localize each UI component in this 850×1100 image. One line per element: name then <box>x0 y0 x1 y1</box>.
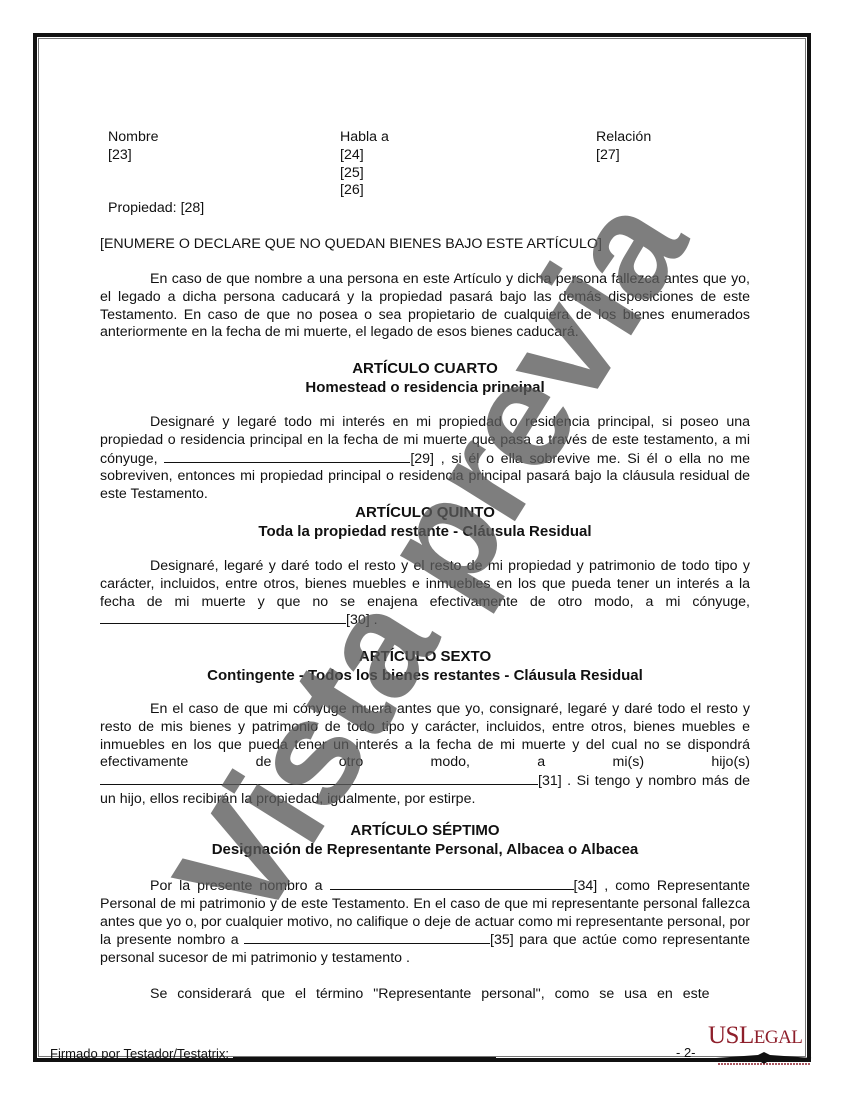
children-names-blank[interactable] <box>100 772 538 785</box>
property-label: Propiedad: [28] <box>108 200 204 218</box>
column-header-relation: Relación <box>596 129 651 147</box>
article-4-paragraph: Designaré y legaré todo mi interés en mi… <box>100 414 750 504</box>
signature-line: Firmado por Testador/Testatrix: <box>50 1045 496 1061</box>
article-4-heading: ARTÍCULO CUARTO <box>100 359 750 378</box>
uslegal-logo: USLEGAL <box>708 1024 820 1064</box>
article-5-subheading: Toda la propiedad restante - Cláusula Re… <box>100 522 750 541</box>
article-7-paragraph: Por la presente nombro a [34] , como Rep… <box>100 877 750 968</box>
page-number: - 2- <box>676 1045 696 1060</box>
article-7-heading: ARTÍCULO SÉPTIMO <box>100 821 750 840</box>
representative-name-blank[interactable] <box>330 877 574 890</box>
article-4-subheading: Homestead o residencia principal <box>100 378 750 397</box>
signature-label: Firmado por Testador/Testatrix: <box>50 1046 229 1061</box>
column-header-name: Nombre <box>108 129 158 147</box>
article-5-heading: ARTÍCULO QUINTO <box>100 503 750 522</box>
spouse-name-blank[interactable] <box>164 450 410 463</box>
spouse-name-blank-2[interactable] <box>100 611 346 624</box>
address-line: [26] <box>340 182 389 200</box>
article-6-paragraph: En el caso de que mi cónyuge muera antes… <box>100 701 750 809</box>
article-7-subheading: Designación de Representante Personal, A… <box>100 840 750 859</box>
article-6-heading: ARTÍCULO SEXTO <box>100 647 750 666</box>
signature-blank[interactable] <box>233 1045 496 1058</box>
instruction-text: [ENUMERE O DECLARE QUE NO QUEDAN BIENES … <box>100 236 750 254</box>
logo-text: USLEGAL <box>708 1024 820 1050</box>
eagle-icon <box>708 1050 820 1066</box>
trailing-paragraph: Se considerará que el término "Represent… <box>100 986 750 1004</box>
lapse-paragraph: En caso de que nombre a una persona en e… <box>100 271 750 342</box>
relation-placeholder: [27] <box>596 147 651 165</box>
address-line: [25] <box>340 165 389 183</box>
column-header-address: Habla a <box>340 129 389 147</box>
beneficiary-table: Nombre [23] Habla a [24] [25] [26] Relac… <box>108 129 708 219</box>
successor-representative-blank[interactable] <box>244 931 490 944</box>
article-6-subheading: Contingente - Todos los bienes restantes… <box>100 666 750 685</box>
article-5-paragraph: Designaré, legaré y daré todo el resto y… <box>100 558 750 630</box>
address-line: [24] <box>340 147 389 165</box>
name-placeholder: [23] <box>108 147 158 165</box>
